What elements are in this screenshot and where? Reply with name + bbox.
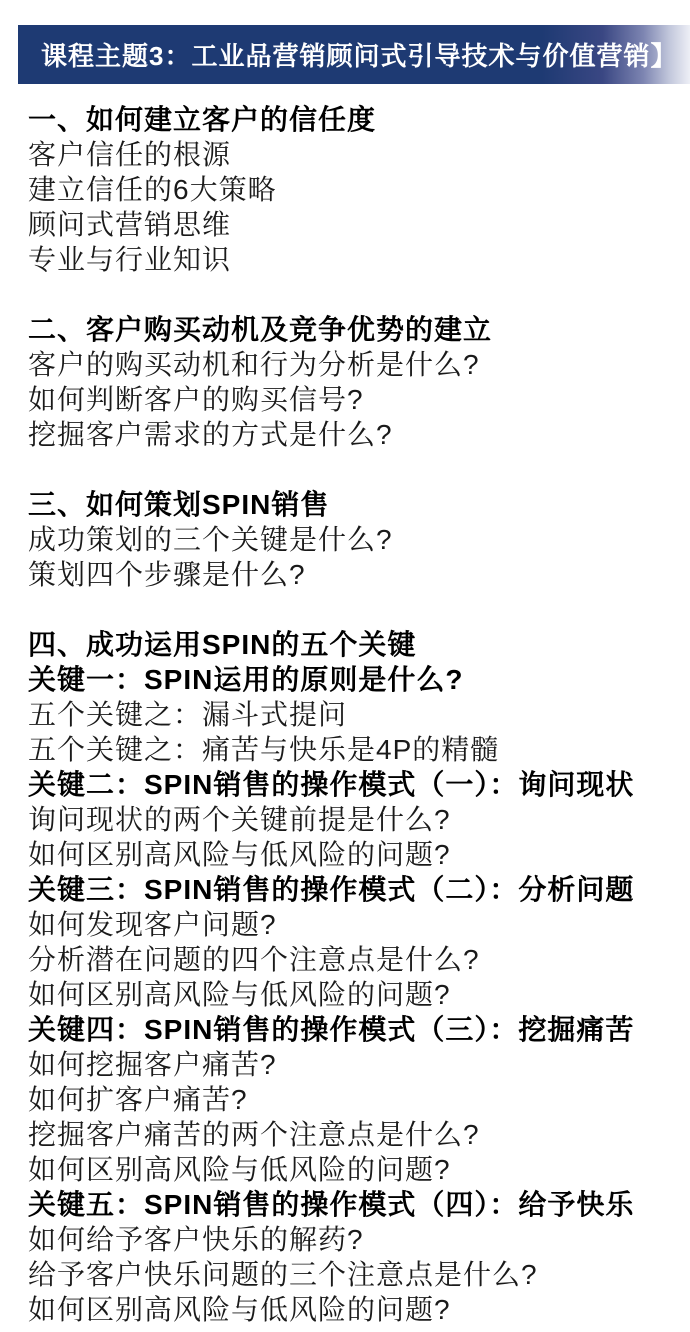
key-point-line: 关键五：SPIN销售的操作模式（四）：给予快乐 <box>28 1187 670 1222</box>
outline-line: 五个关键之：漏斗式提问 <box>28 697 670 732</box>
outline-line: 如何扩客户痛苦? <box>28 1082 670 1117</box>
outline-line: 如何区别高风险与低风险的问题? <box>28 1152 670 1187</box>
course-topic-title: 课程主题3：工业品营销顾问式引导技术与价值营销】 <box>18 36 677 73</box>
outline-line: 如何区别高风险与低风险的问题? <box>28 977 670 1012</box>
outline-line: 分析潜在问题的四个注意点是什么? <box>28 942 670 977</box>
outline-line: 建立信任的6大策略 <box>28 172 670 207</box>
outline-line: 如何挖掘客户痛苦? <box>28 1047 670 1082</box>
section-spin-five-keys: 四、成功运用SPIN的五个关键 关键一：SPIN运用的原则是什么? 五个关键之：… <box>28 627 670 1327</box>
outline-line: 成功策划的三个关键是什么? <box>28 522 670 557</box>
outline-line: 客户信任的根源 <box>28 137 670 172</box>
key-point-line: 关键四：SPIN销售的操作模式（三）：挖掘痛苦 <box>28 1012 670 1047</box>
section-buying-motivation: 二、客户购买动机及竞争优势的建立 客户的购买动机和行为分析是什么? 如何判断客户… <box>28 312 670 452</box>
outline-line: 如何区别高风险与低风险的问题? <box>28 1292 670 1327</box>
section-heading: 四、成功运用SPIN的五个关键 <box>28 627 670 662</box>
outline-line: 专业与行业知识 <box>28 242 670 277</box>
section-spin-planning: 三、如何策划SPIN销售 成功策划的三个关键是什么? 策划四个步骤是什么? <box>28 487 670 592</box>
section-heading: 二、客户购买动机及竞争优势的建立 <box>28 312 670 347</box>
course-outline-content: 一、如何建立客户的信任度 客户信任的根源 建立信任的6大策略 顾问式营销思维 专… <box>0 84 690 1327</box>
section-trust-building: 一、如何建立客户的信任度 客户信任的根源 建立信任的6大策略 顾问式营销思维 专… <box>28 102 670 277</box>
outline-line: 如何区别高风险与低风险的问题? <box>28 837 670 872</box>
course-topic-banner: 课程主题3：工业品营销顾问式引导技术与价值营销】 <box>18 25 690 84</box>
section-heading: 一、如何建立客户的信任度 <box>28 102 670 137</box>
outline-line: 询问现状的两个关键前提是什么? <box>28 802 670 837</box>
outline-line: 挖掘客户痛苦的两个注意点是什么? <box>28 1117 670 1152</box>
outline-line: 策划四个步骤是什么? <box>28 557 670 592</box>
outline-line: 如何判断客户的购买信号? <box>28 382 670 417</box>
outline-line: 给予客户快乐问题的三个注意点是什么? <box>28 1257 670 1292</box>
key-point-line: 关键二：SPIN销售的操作模式（一）：询问现状 <box>28 767 670 802</box>
course-outline-page: { "banner": { "title": "课程主题3：工业品营销顾问式引导… <box>0 0 690 1332</box>
outline-line: 五个关键之：痛苦与快乐是4P的精髓 <box>28 732 670 767</box>
outline-line: 顾问式营销思维 <box>28 207 670 242</box>
key-point-line: 关键一：SPIN运用的原则是什么? <box>28 662 670 697</box>
section-heading: 三、如何策划SPIN销售 <box>28 487 670 522</box>
key-point-line: 关键三：SPIN销售的操作模式（二）：分析问题 <box>28 872 670 907</box>
outline-line: 挖掘客户需求的方式是什么? <box>28 417 670 452</box>
outline-line: 如何发现客户问题? <box>28 907 670 942</box>
outline-line: 如何给予客户快乐的解药? <box>28 1222 670 1257</box>
outline-line: 客户的购买动机和行为分析是什么? <box>28 347 670 382</box>
